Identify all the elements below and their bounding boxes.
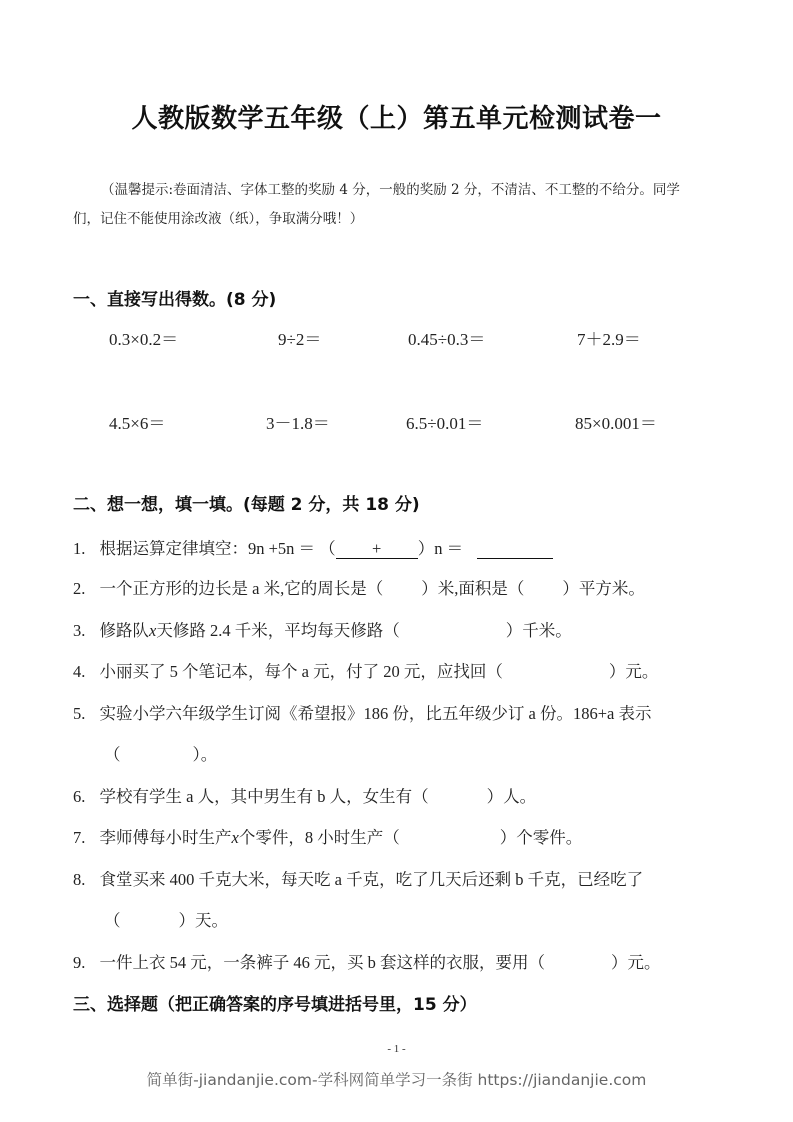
question-text: ）个零件。 [500, 828, 583, 847]
section-1-heading: 一、直接写出得数。(8 分) [73, 285, 276, 310]
question-text: ）米,面积是（ [421, 579, 524, 598]
question-number: 4. [73, 662, 85, 681]
question-number: 1. [73, 539, 85, 558]
question-4: 4. 小丽买了 5 个笔记本，每个 a 元，付了 20 元，应找回（）元。 [73, 658, 658, 682]
question-text: 小丽买了 5 个笔记本，每个 a 元，付了 20 元，应找回（ [100, 662, 503, 681]
question-number: 3. [73, 621, 85, 640]
section-2-heading: 二、想一想，填一填。(每题 2 分，共 18 分) [73, 490, 420, 515]
question-text: 一件上衣 54 元，一条裤子 46 元，买 b 套这样的衣服，要用（ [100, 953, 546, 972]
answer-blank[interactable] [477, 540, 553, 559]
question-text: 个零件，8 小时生产（ [239, 828, 400, 847]
question-2: 2. 一个正方形的边长是 a 米,它的周长是（）米,面积是（）平方米。 [73, 575, 645, 599]
variable: x [232, 828, 239, 847]
answer-blank[interactable]: + [336, 540, 418, 559]
section-3-heading: 三、选择题（把正确答案的序号填进括号里，15 分） [73, 990, 477, 1015]
question-7: 7. 李师傅每小时生产x个零件，8 小时生产（）个零件。 [73, 824, 582, 848]
question-text: 修路队 [100, 621, 150, 640]
question-5-cont: （）。 [104, 741, 217, 765]
question-text: ）元。 [609, 662, 659, 681]
question-number: 6. [73, 787, 85, 806]
question-number: 7. [73, 828, 85, 847]
question-number: 2. [73, 579, 85, 598]
calc-item: 4.5×6＝ [109, 409, 165, 434]
question-8: 8. 食堂买来 400 千克大米，每天吃 a 千克，吃了几天后还剩 b 千克，已… [73, 866, 643, 890]
question-text: （ [104, 911, 121, 930]
question-9: 9. 一件上衣 54 元，一条裤子 46 元，买 b 套这样的衣服，要用（）元。 [73, 949, 661, 973]
question-text: ）人。 [487, 787, 537, 806]
question-number: 9. [73, 953, 85, 972]
question-text: ）元。 [611, 953, 661, 972]
note-line-2: 们，记住不能使用涂改液（纸），争取满分哦！） [73, 207, 363, 227]
calc-item: 7＋2.9＝ [577, 325, 641, 350]
question-text: 天修路 2.4 千米，平均每天修路（ [156, 621, 399, 640]
question-8-cont: （）天。 [104, 907, 228, 931]
question-text: 李师傅每小时生产 [100, 828, 232, 847]
question-6: 6. 学校有学生 a 人，其中男生有 b 人，女生有（）人。 [73, 783, 536, 807]
watermark-footer: 简单街-jiandanjie.com-学科网简单学习一条街 https://ji… [0, 1068, 793, 1090]
question-number: 8. [73, 870, 85, 889]
question-text: ）。 [193, 745, 218, 764]
note-line-1: （温馨提示:卷面清洁、字体工整的奖励 4 分，一般的奖励 2 分，不清洁、不工整… [101, 178, 680, 198]
question-text: 学校有学生 a 人，其中男生有 b 人，女生有（ [100, 787, 429, 806]
question-text: 一个正方形的边长是 a 米,它的周长是（ [100, 579, 384, 598]
question-text: ）千米。 [506, 621, 572, 640]
page-number: - 1 - [0, 1043, 793, 1055]
question-text: 实验小学六年级学生订阅《希望报》186 份，比五年级少订 a 份。186+a 表… [100, 704, 652, 723]
calc-item: 0.45÷0.3＝ [408, 325, 485, 350]
calc-item: 6.5÷0.01＝ [406, 409, 483, 434]
calc-item: 85×0.001＝ [575, 409, 657, 434]
calc-item: 3－1.8＝ [266, 409, 330, 434]
question-text: 根据运算定律填空：9n +5n ＝ （ [100, 539, 336, 558]
question-text: ）n ＝ [418, 539, 463, 558]
question-text: （ [104, 745, 121, 764]
question-text: 食堂买来 400 千克大米，每天吃 a 千克，吃了几天后还剩 b 千克，已经吃了 [100, 870, 644, 889]
calc-item: 9÷2＝ [278, 325, 321, 350]
question-1: 1. 根据运算定律填空：9n +5n ＝ （+）n ＝ [73, 535, 553, 559]
question-3: 3. 修路队x天修路 2.4 千米，平均每天修路（）千米。 [73, 617, 572, 641]
calc-item: 0.3×0.2＝ [109, 325, 178, 350]
question-number: 5. [73, 704, 85, 723]
question-text: ）平方米。 [562, 579, 645, 598]
document-title: 人教版数学五年级（上）第五单元检测试卷一 [0, 98, 793, 135]
question-5: 5. 实验小学六年级学生订阅《希望报》186 份，比五年级少订 a 份。186+… [73, 700, 651, 724]
question-text: ）天。 [179, 911, 229, 930]
